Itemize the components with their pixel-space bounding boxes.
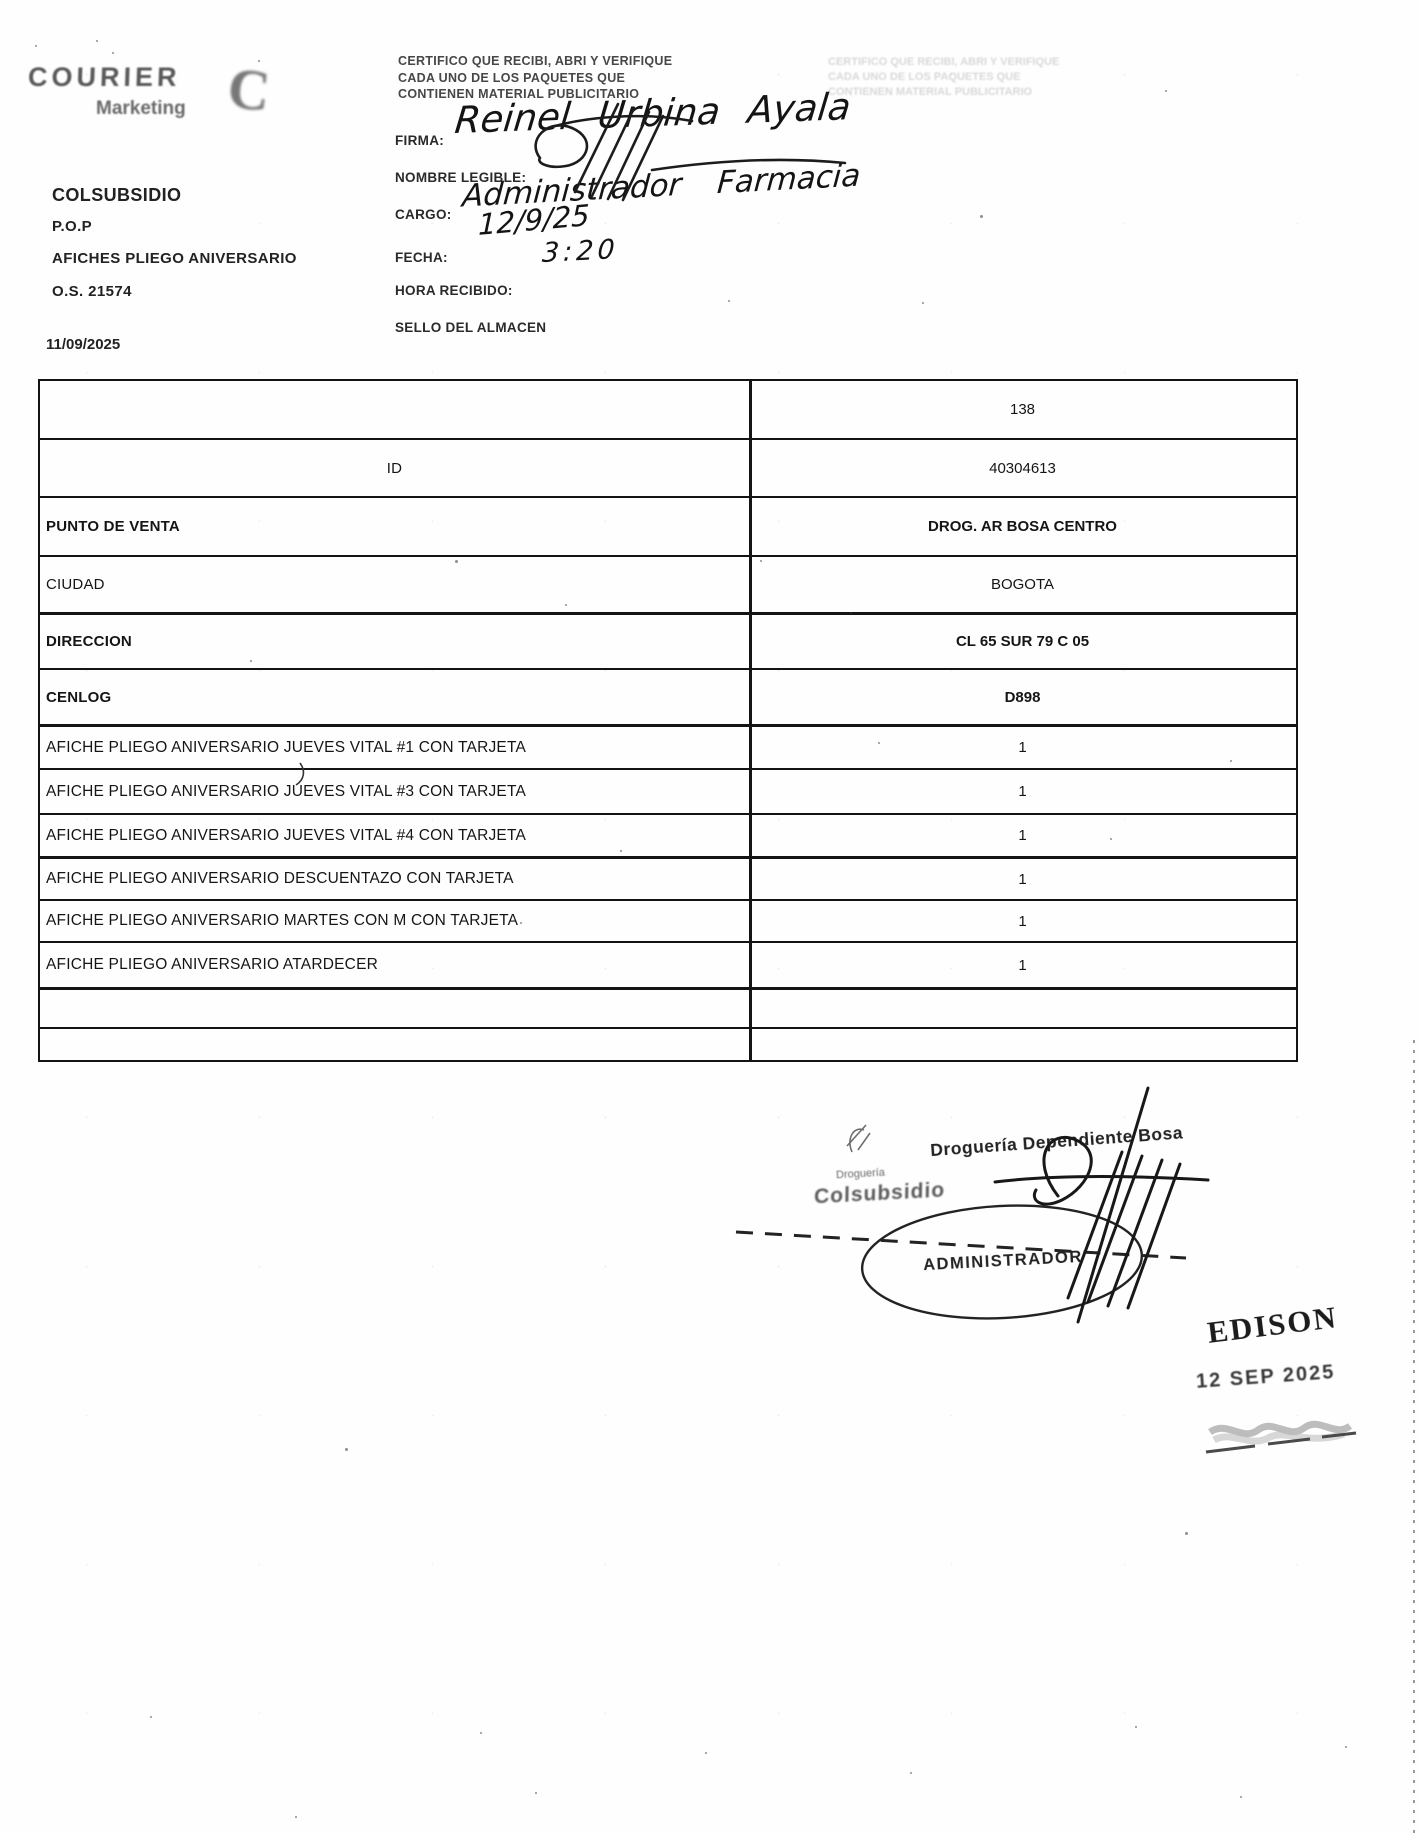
row-value: 1 [749, 859, 1296, 899]
scan-speckle [760, 560, 762, 562]
scan-speckle [705, 1752, 707, 1754]
scan-speckle [878, 742, 880, 744]
row-label: ID [40, 440, 749, 496]
hora-handwriting: 3:20 [541, 234, 619, 269]
client-name: COLSUBSIDIO [52, 185, 181, 206]
scan-speckle [455, 560, 458, 563]
scan-speckle [96, 40, 98, 42]
illegible-stamp-word [1210, 1424, 1350, 1441]
fecha-label: FECHA: [395, 250, 448, 265]
row-label: DIRECCION [40, 615, 749, 668]
table-row: PUNTO DE VENTADROG. AR BOSA CENTRO [40, 498, 1296, 557]
table-row: AFICHE PLIEGO ANIVERSARIO JUEVES VITAL #… [40, 727, 1296, 770]
table-row: AFICHE PLIEGO ANIVERSARIO JUEVES VITAL #… [40, 770, 1296, 815]
row-label: AFICHE PLIEGO ANIVERSARIO ATARDECER [40, 943, 749, 987]
campaign-title: AFICHES PLIEGO ANIVERSARIO [52, 250, 297, 267]
row-label [40, 381, 749, 438]
table-row: AFICHE PLIEGO ANIVERSARIO ATARDECER1 [40, 943, 1296, 990]
delivery-table: 138ID40304613PUNTO DE VENTADROG. AR BOSA… [38, 379, 1298, 1062]
row-value: 138 [749, 381, 1296, 438]
ghost-line: CONTIENEN MATERIAL PUBLICITARIO [828, 85, 1078, 100]
table-row: ID40304613 [40, 440, 1296, 498]
table-row: AFICHE PLIEGO ANIVERSARIO DESCUENTAZO CO… [40, 859, 1296, 901]
row-value [749, 1029, 1296, 1064]
firma-label: FIRMA: [395, 133, 444, 148]
scan-speckle [980, 215, 983, 218]
row-value [749, 990, 1296, 1027]
row-value: 40304613 [749, 440, 1296, 496]
row-label: AFICHE PLIEGO ANIVERSARIO JUEVES VITAL #… [40, 815, 749, 856]
row-label: PUNTO DE VENTA [40, 498, 749, 555]
certification-line: CADA UNO DE LOS PAQUETES QUE [398, 70, 738, 87]
scan-speckle [1185, 1532, 1188, 1535]
hora-recibido-label: HORA RECIBIDO: [395, 283, 513, 298]
scan-speckle [1110, 838, 1112, 840]
scan-speckle [940, 530, 942, 532]
order-number: O.S. 21574 [52, 283, 132, 300]
scan-speckle [535, 1792, 537, 1794]
row-value: 1 [749, 727, 1296, 768]
table-row: CENLOGD898 [40, 670, 1296, 727]
order-date: 11/09/2025 [46, 336, 120, 353]
table-row [40, 990, 1296, 1029]
row-label [40, 990, 749, 1027]
scan-speckle [728, 300, 730, 302]
scan-speckle [850, 612, 852, 614]
colsubsidio-leaf-icon [847, 1125, 870, 1152]
table-row: AFICHE PLIEGO ANIVERSARIO JUEVES VITAL #… [40, 815, 1296, 859]
row-value: D898 [749, 670, 1296, 724]
row-label: CENLOG [40, 670, 749, 724]
drogueria-dependiente-bosa-stamp: Droguería Dependiente Bosa [930, 1120, 1221, 1161]
courier-logo-c-mark-icon: C [225, 54, 274, 125]
scan-speckle [250, 660, 252, 662]
cargo-label: CARGO: [395, 207, 452, 222]
scan-speckle [1135, 1726, 1137, 1728]
scan-speckle [565, 604, 567, 606]
ghost-line: CADA UNO DE LOS PAQUETES QUE [828, 70, 1078, 85]
table-row: AFICHE PLIEGO ANIVERSARIO MARTES CON M C… [40, 901, 1296, 943]
row-value: BOGOTA [749, 557, 1296, 612]
edison-stamp-date: 12 SEP 2025 [1195, 1361, 1336, 1394]
certification-line: CERTIFICO QUE RECIBI, ABRI Y VERIFIQUE [398, 53, 738, 70]
edison-stamp-name: EDISON [1205, 1299, 1339, 1351]
ghost-certification-text: CERTIFICO QUE RECIBI, ABRI Y VERIFIQUE C… [828, 55, 1078, 100]
scan-speckle [150, 1716, 152, 1718]
row-label: CIUDAD [40, 557, 749, 612]
scan-speckle [1240, 1796, 1242, 1798]
row-label: AFICHE PLIEGO ANIVERSARIO MARTES CON M C… [40, 901, 749, 941]
scan-speckle [1345, 1746, 1347, 1748]
scan-speckle [910, 1772, 912, 1774]
colsubsidio-stamp-text: Colsubsidio [814, 1179, 945, 1210]
scan-speckle [112, 52, 114, 54]
row-label: AFICHE PLIEGO ANIVERSARIO JUEVES VITAL #… [40, 770, 749, 813]
scan-speckle [258, 60, 260, 62]
table-row: DIRECCIONCL 65 SUR 79 C 05 [40, 615, 1296, 670]
row-label: AFICHE PLIEGO ANIVERSARIO DESCUENTAZO CO… [40, 859, 749, 899]
scan-speckle [35, 45, 37, 47]
material-type: P.O.P [52, 218, 92, 235]
scan-speckle [520, 922, 522, 924]
scan-speckle [620, 850, 622, 852]
courier-logo-subtext: Marketing [96, 98, 186, 120]
courier-logo-text: COURIER [27, 62, 181, 93]
scan-speckle [345, 1448, 348, 1451]
row-value: 1 [749, 901, 1296, 941]
ghost-line: CERTIFICO QUE RECIBI, ABRI Y VERIFIQUE [828, 55, 1078, 70]
scan-speckle [1230, 760, 1232, 762]
row-value: DROG. AR BOSA CENTRO [749, 498, 1296, 555]
scanned-delivery-receipt: COURIER Marketing C COLSUBSIDIO P.O.P AF… [0, 0, 1420, 1834]
row-label [40, 1029, 749, 1064]
row-value: 1 [749, 770, 1296, 813]
colsubsidio-stamp-small-line: Droguería [836, 1167, 885, 1182]
table-row [40, 1029, 1296, 1064]
row-value: 1 [749, 943, 1296, 987]
scan-speckle [922, 302, 924, 304]
edison-underline-dashes [1206, 1433, 1356, 1452]
scan-speckle [1165, 90, 1167, 92]
table-row: CIUDADBOGOTA [40, 557, 1296, 615]
sello-almacen-label: SELLO DEL ALMACEN [395, 320, 546, 335]
row-value: CL 65 SUR 79 C 05 [749, 615, 1296, 668]
table-row: 138 [40, 381, 1296, 440]
table-column-divider [749, 381, 752, 1060]
scan-speckle [295, 1816, 297, 1818]
administrador-stamp-text: ADMINISTRADOR [893, 1246, 1114, 1276]
row-value: 1 [749, 815, 1296, 856]
row-label: AFICHE PLIEGO ANIVERSARIO JUEVES VITAL #… [40, 727, 749, 768]
scan-speckle [480, 1732, 482, 1734]
